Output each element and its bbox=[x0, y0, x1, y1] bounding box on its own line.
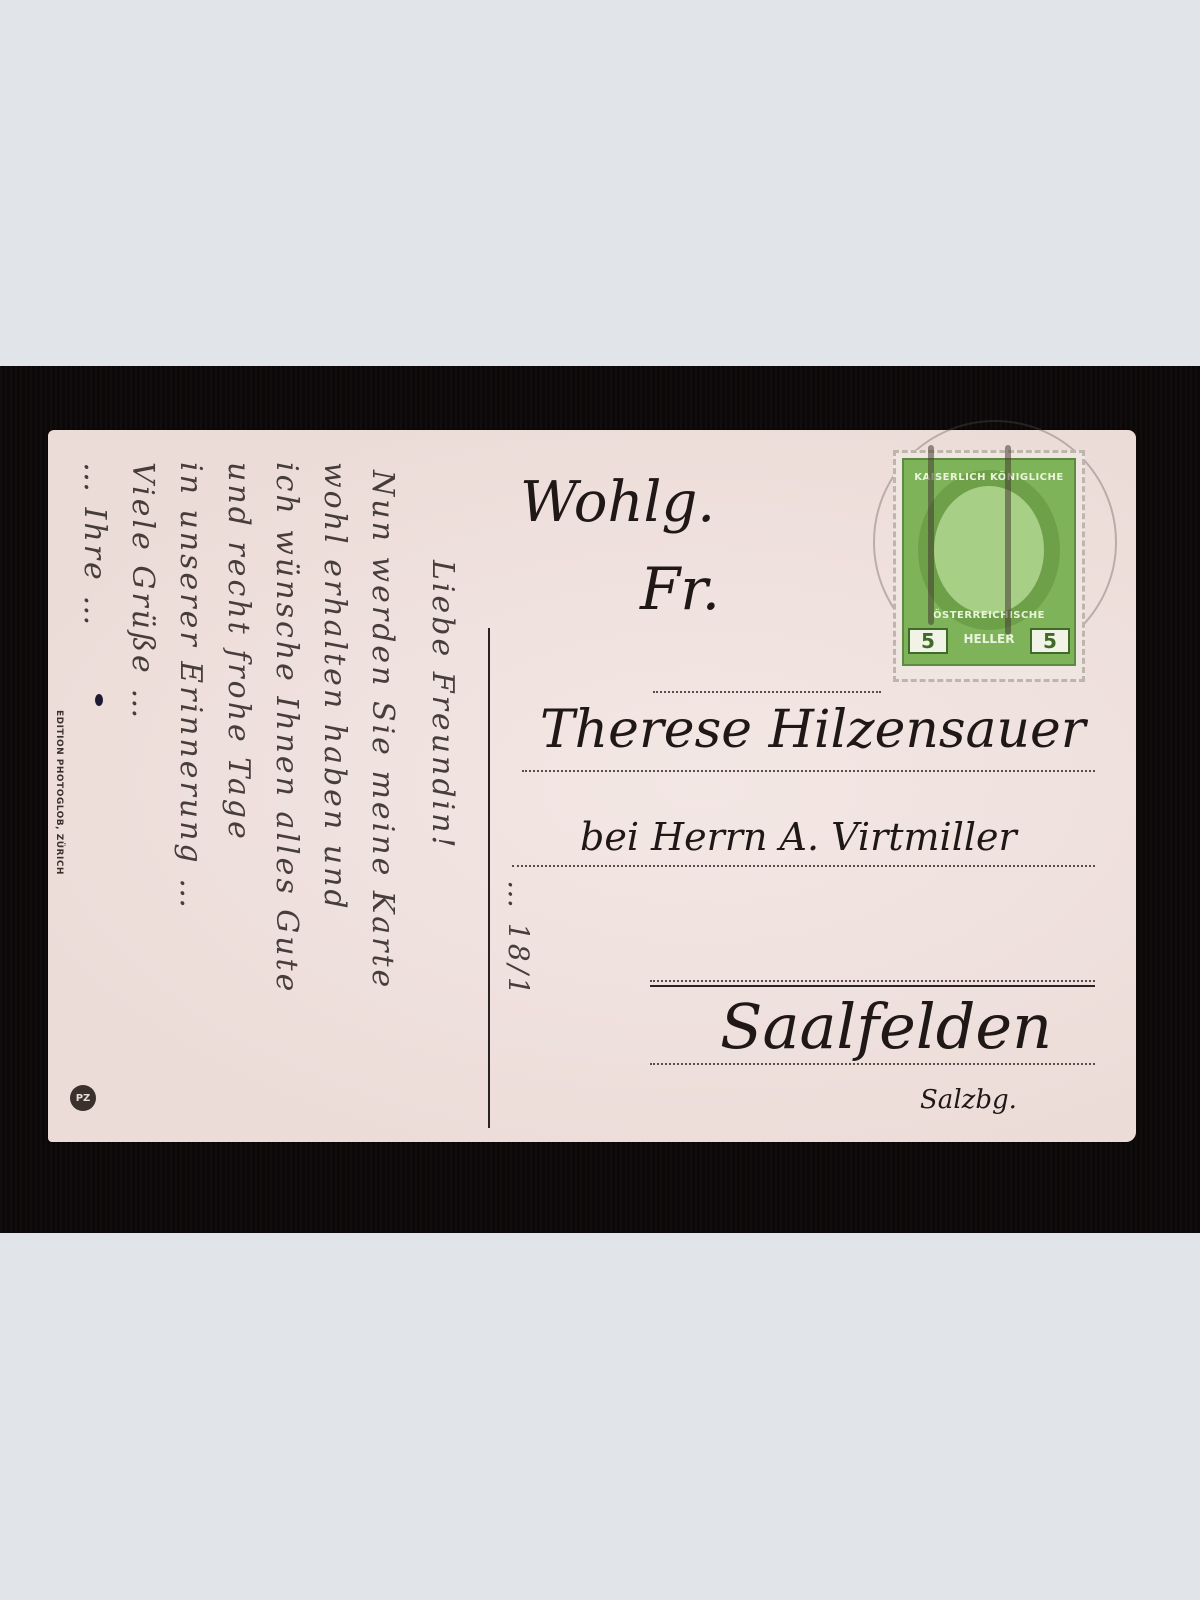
message-line: und recht frohe Tage bbox=[221, 462, 256, 842]
address-line bbox=[512, 865, 1095, 867]
address-line bbox=[522, 770, 1095, 772]
message-divider bbox=[488, 628, 490, 1128]
ink-blot bbox=[95, 694, 103, 706]
message-line: in unserer Erinnerung … bbox=[173, 462, 208, 911]
address-care-of: bei Herrn A. Virtmiller bbox=[580, 815, 1017, 859]
address-region: Salzbg. bbox=[920, 1085, 1017, 1115]
cancellation-mark bbox=[928, 445, 934, 625]
message-line: Nun werden Sie meine Karte bbox=[365, 470, 400, 990]
message-place-date: … 18/1 bbox=[502, 880, 535, 998]
address-recipient: Therese Hilzensauer bbox=[540, 700, 1086, 760]
address-title: Fr. bbox=[640, 555, 720, 623]
message-line: wohl erhalten haben und bbox=[317, 462, 352, 912]
stamp-value-right: 5 bbox=[1030, 628, 1070, 654]
address-salutation: Wohlg. bbox=[520, 470, 715, 535]
address-line bbox=[650, 1063, 1095, 1065]
message-line: ich wünsche Ihnen alles Gute bbox=[269, 462, 304, 994]
address-underline bbox=[650, 985, 1095, 987]
address-line bbox=[650, 980, 1095, 982]
publisher-logo: PZ bbox=[70, 1085, 96, 1111]
publisher-imprint: EDITION PHOTOGLOB, ZÜRICH bbox=[54, 710, 64, 875]
message-line: … Ihre … bbox=[77, 462, 112, 628]
address-town: Saalfelden bbox=[720, 990, 1052, 1063]
stamp-denomination: HELLER bbox=[950, 632, 1028, 646]
stamp-value-left: 5 bbox=[908, 628, 948, 654]
message-salutation: Liebe Freundin! bbox=[425, 560, 460, 851]
cancellation-mark bbox=[1005, 445, 1011, 635]
address-line bbox=[653, 691, 881, 693]
message-line: Viele Grüße … bbox=[125, 462, 160, 721]
emperor-portrait-icon bbox=[918, 470, 1060, 630]
